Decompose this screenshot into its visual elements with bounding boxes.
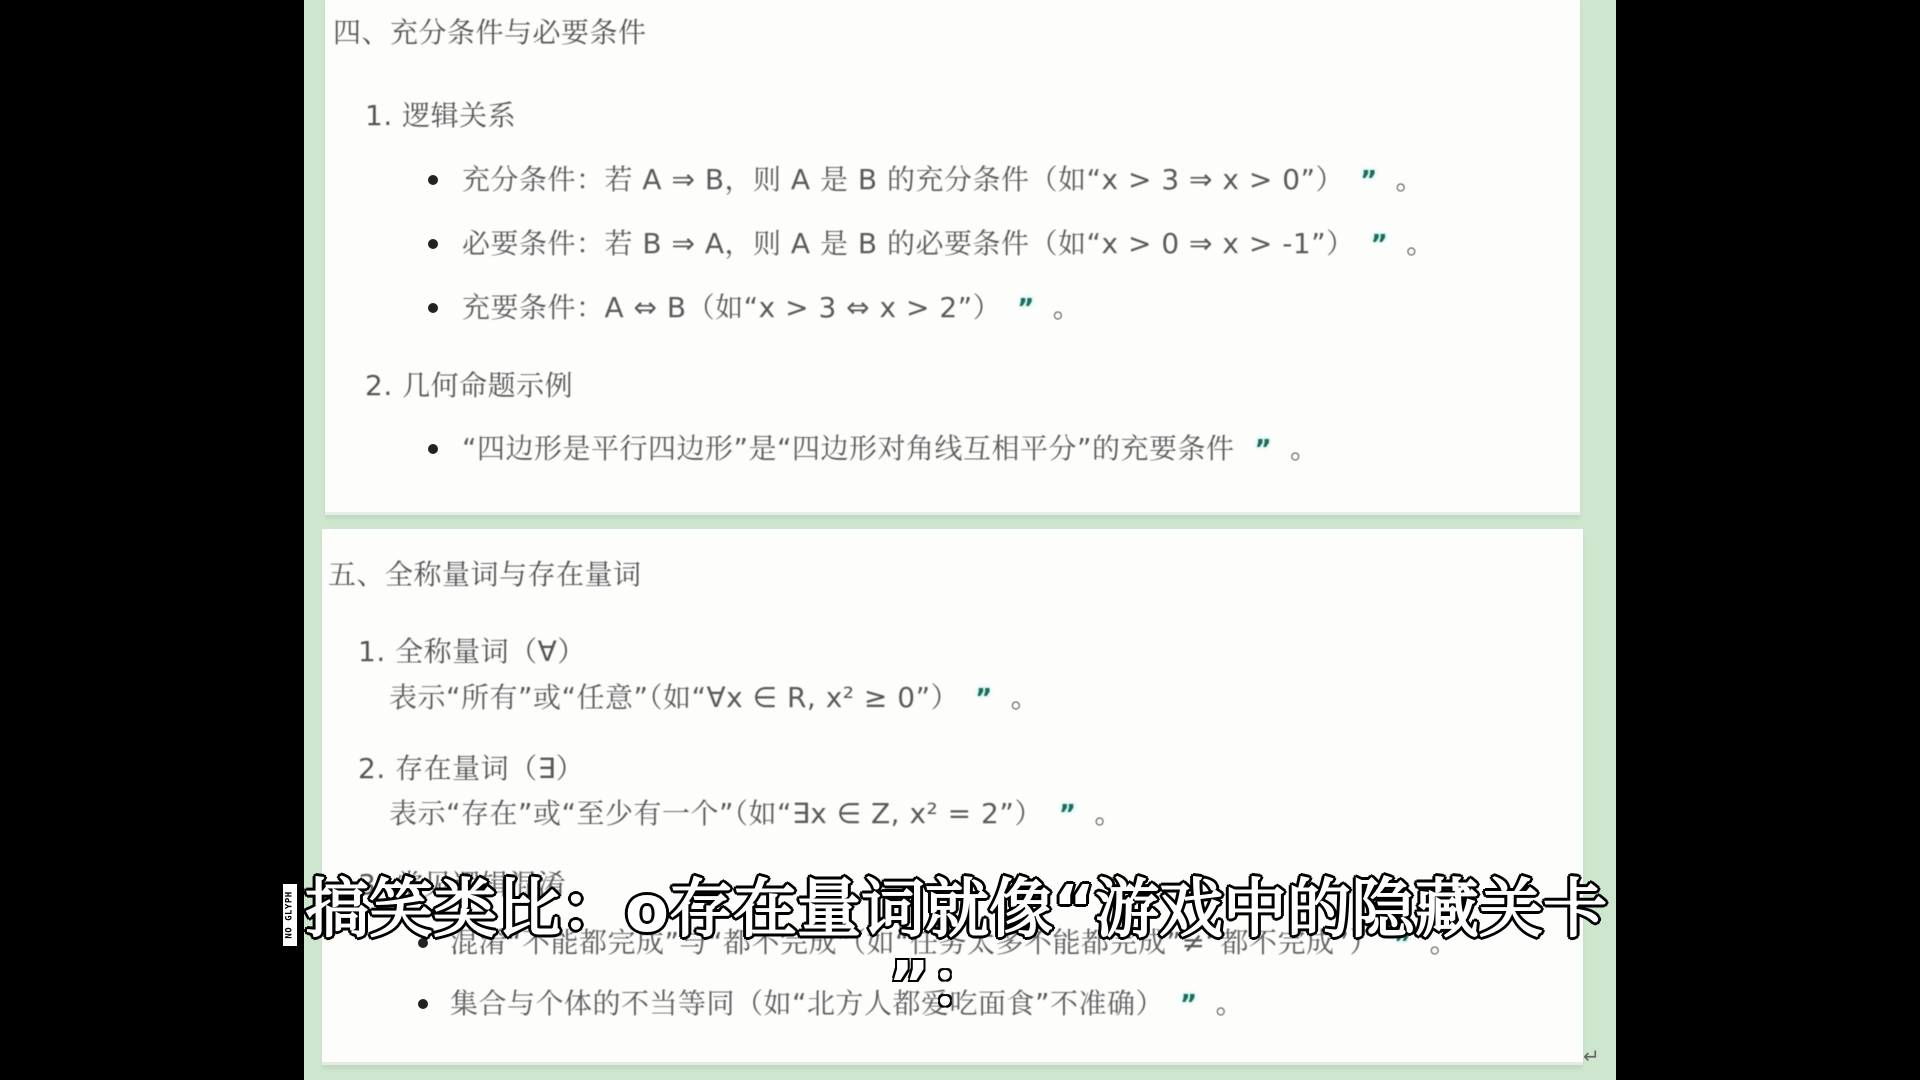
existential-quantifier-desc: 表示“存在”或“至少有一个”（如“∃x ∈ Z, x² = 2”）”。 (389, 797, 1123, 832)
bullet-icon (428, 303, 438, 313)
period: 。 (1290, 432, 1319, 465)
subsection-title-universal-quantifier: 1. 全称量词（∀） (358, 635, 586, 669)
period: 。 (1053, 291, 1082, 324)
period: 。 (1094, 797, 1123, 830)
list-item-parallelogram: “四边形是平行四边形”是“四边形对角线互相平分”的充要条件”。 (462, 432, 1319, 467)
list-item-text: 必要条件：若 B ⇒ A，则 A 是 B 的必要条件（如“x > 0 ⇒ x >… (462, 227, 1341, 260)
list-item-text: 充分条件：若 A ⇒ B，则 A 是 B 的充分条件（如“x > 3 ⇒ x >… (462, 163, 1330, 196)
quote-mark-icon: ” (1371, 230, 1389, 260)
list-item-text: 集合与个体的不当等同（如“北方人都爱吃面食”不准确） (450, 987, 1150, 1020)
quote-mark-icon: ” (975, 684, 993, 714)
quote-mark-icon: ” (1180, 990, 1198, 1020)
subsection-title-existential-quantifier: 2. 存在量词（∃） (358, 752, 584, 786)
list-item-text: 充要条件：A ⇔ B（如“x > 3 ⇔ x > 2”） (462, 291, 987, 324)
no-glyph-icon: NO GLYPH (281, 882, 299, 948)
list-item-text: “四边形是平行四边形”是“四边形对角线互相平分”的充要条件 (462, 432, 1235, 465)
subsection-title-logic-relation: 1. 逻辑关系 (365, 99, 516, 133)
period: 。 (1011, 681, 1040, 714)
period: 。 (1406, 227, 1435, 260)
caption-line-2: ”： (888, 948, 994, 1024)
bullet-icon (428, 239, 438, 249)
list-item-iff-condition: 充要条件：A ⇔ B（如“x > 3 ⇔ x > 2”）”。 (462, 291, 1081, 326)
quote-mark-icon: ” (1059, 800, 1077, 830)
bullet-icon (428, 444, 438, 454)
bullet-icon (428, 175, 438, 185)
section-title-4: 四、充分条件与必要条件 (333, 16, 647, 50)
bullet-icon (418, 999, 428, 1009)
desc-text: 表示“存在”或“至少有一个”（如“∃x ∈ Z, x² = 2”） (389, 797, 1029, 830)
quote-mark-icon: ” (1360, 166, 1378, 196)
list-item-necessary-condition: 必要条件：若 B ⇒ A，则 A 是 B 的必要条件（如“x > 0 ⇒ x >… (462, 227, 1435, 262)
period: 。 (1396, 163, 1425, 196)
quote-mark-icon: ” (1255, 435, 1273, 465)
section-title-5: 五、全称量词与存在量词 (328, 558, 642, 592)
list-item-sufficient-condition: 充分条件：若 A ⇒ B，则 A 是 B 的充分条件（如“x > 3 ⇒ x >… (462, 163, 1424, 198)
no-glyph-label: NO GLYPH (285, 891, 295, 938)
desc-text: 表示“所有”或“任意”（如“∀x ∈ R, x² ≥ 0”） (389, 681, 945, 714)
quote-mark-icon: ” (1017, 294, 1035, 324)
return-arrow-icon: ↵ (1583, 1044, 1600, 1068)
period: 。 (1216, 987, 1245, 1020)
caption-line-1: 搞笑类比：o存在量词就像“游戏中的隐藏关卡 (305, 872, 1607, 948)
subsection-title-geometry-example: 2. 几何命题示例 (365, 369, 573, 403)
list-item-set-individual: 集合与个体的不当等同（如“北方人都爱吃面食”不准确）”。 (450, 987, 1244, 1022)
universal-quantifier-desc: 表示“所有”或“任意”（如“∀x ∈ R, x² ≥ 0”）”。 (389, 681, 1039, 716)
